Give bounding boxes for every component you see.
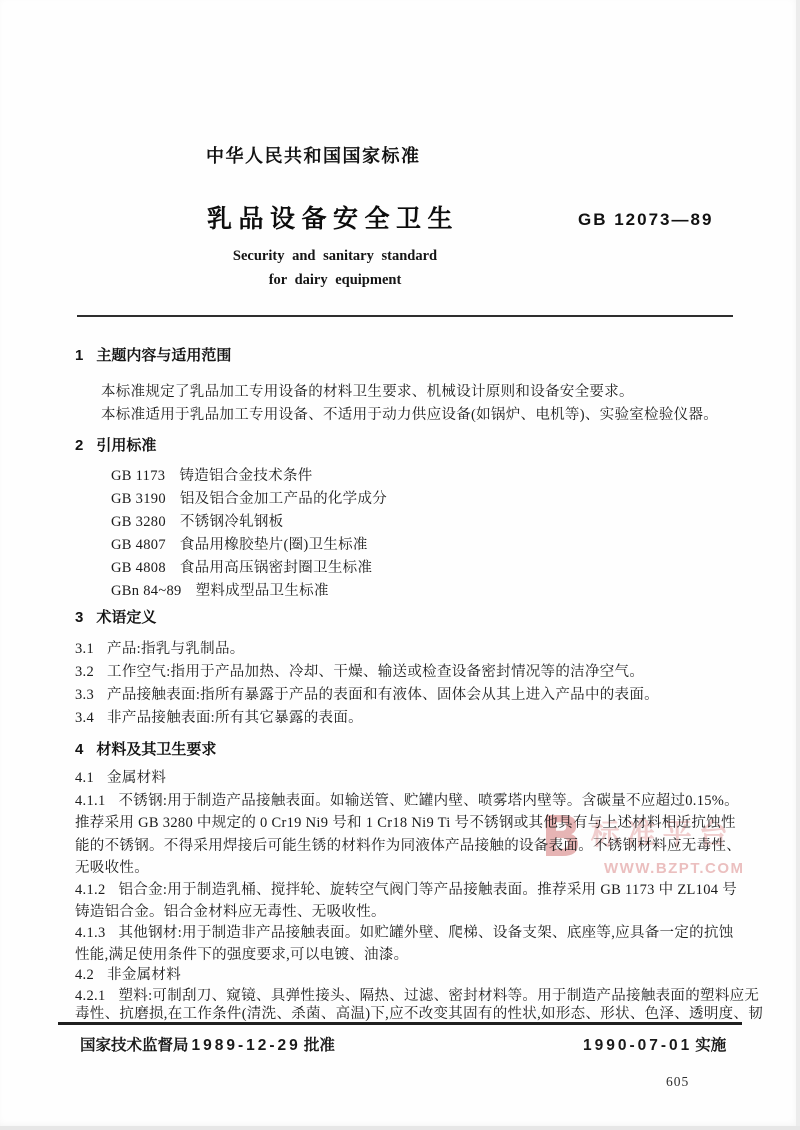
section-title: 引用标准 (96, 437, 156, 454)
clause-number: 4.1.3 (75, 925, 106, 942)
reference-title: 食品用高压锅密封圈卫生标准 (180, 560, 372, 576)
clause-4-1-2-line2: 铸造铝合金。铝合金材料应无毒性、无吸收性。 (75, 900, 386, 921)
page-number: 605 (666, 1074, 689, 1090)
section-2-heading: 2引用标准 (75, 434, 156, 455)
document-title-cn: 乳品设备安全卫生 (207, 199, 459, 235)
clause-number: 4.2 (75, 967, 94, 984)
term-item: 3.3产品接触表面:指所有暴露于产品的表面和有液体、固体会从其上进入产品中的表面… (75, 683, 659, 704)
term-item: 3.2工作空气:指用于产品加热、冷却、干燥、输送或检查设备密封情况等的洁净空气。 (75, 660, 644, 681)
reference-title: 不锈钢冷轧钢板 (180, 514, 284, 530)
section-number: 1 (75, 347, 83, 364)
clause-4-2: 4.2非金属材料 (75, 963, 181, 984)
section-1-heading: 1主题内容与适用范围 (75, 344, 231, 365)
reference-item: GB 4807食品用橡胶垫片(圈)卫生标准 (111, 533, 368, 554)
section-title: 主题内容与适用范围 (96, 347, 231, 364)
clause-text: 非金属材料 (107, 967, 181, 983)
title-en-line2: for dairy equipment (175, 268, 495, 292)
clause-number: 3.1 (75, 641, 94, 658)
section-4-heading: 4材料及其卫生要求 (75, 738, 216, 759)
reference-item: GB 4808食品用高压锅密封圈卫生标准 (111, 556, 372, 577)
clause-text: 不锈钢:用于制造产品接触表面。如输送管、贮罐内壁、喷雾塔内壁等。含碳量不应超过0… (119, 793, 739, 809)
approval-date: 1989-12-29 (192, 1037, 301, 1054)
scan-edge-right (796, 0, 800, 1130)
implementation-date: 1990-07-01 (583, 1037, 692, 1054)
term-item: 3.1产品:指乳与乳制品。 (75, 637, 245, 658)
reference-code: GB 3280 (111, 514, 166, 531)
clause-number: 4.1 (75, 770, 94, 787)
term-item: 3.4非产品接触表面:所有其它暴露的表面。 (75, 706, 363, 727)
document-title-en: Security and sanitary standard for dairy… (175, 244, 495, 292)
reference-item: GB 1173铸造铝合金技术条件 (111, 464, 313, 485)
clause-4-2-1-line2: 毒性、抗磨损,在工作条件(清洗、杀菌、高温)下,应不改变其固有的性状,如形态、形… (75, 1002, 763, 1023)
reference-item: GBn 84~89塑料成型品卫生标准 (111, 579, 329, 600)
clause-text: 金属材料 (107, 770, 166, 786)
term-text: 非产品接触表面:所有其它暴露的表面。 (107, 710, 363, 726)
scan-edge-bottom (0, 1126, 800, 1130)
implementation-statement: 1990-07-01实施 (580, 1033, 726, 1055)
reference-code: GB 1173 (111, 468, 165, 485)
reference-title: 铝及铝合金加工产品的化学成分 (180, 491, 387, 507)
watermark-site-url: WWW.BZPT.COM (604, 860, 744, 877)
reference-title: 食品用橡胶垫片(圈)卫生标准 (180, 537, 368, 553)
clause-number: 4.1.1 (75, 793, 106, 810)
section-title: 材料及其卫生要求 (96, 741, 216, 758)
clause-4-1-2-line1: 4.1.2铝合金:用于制造乳桶、搅拌轮、旋转空气阀门等产品接触表面。推荐采用 G… (75, 878, 737, 899)
standard-document-page: 中华人民共和国国家标准 乳品设备安全卫生 GB 12073—89 Securit… (0, 0, 800, 1130)
clause-number: 3.3 (75, 687, 94, 704)
reference-code: GBn 84~89 (111, 583, 182, 600)
clause-4-1: 4.1金属材料 (75, 766, 166, 787)
clause-4-1-3-line1: 4.1.3其他钢材:用于制造非产品接触表面。如贮罐外壁、爬梯、设备支架、底座等,… (75, 921, 734, 942)
header-divider (77, 315, 733, 317)
clause-4-1-1-line1: 4.1.1不锈钢:用于制造产品接触表面。如输送管、贮罐内壁、喷雾塔内壁等。含碳量… (75, 789, 739, 810)
section-1-paragraph-2: 本标准适用于乳品加工专用设备、不适用于动力供应设备(如锅炉、电机等)、实验室检验… (101, 403, 718, 424)
section-1-paragraph-1: 本标准规定了乳品加工专用设备的材料卫生要求、机械设计原则和设备安全要求。 (101, 380, 634, 401)
implementation-suffix: 实施 (695, 1037, 726, 1054)
reference-item: GB 3280不锈钢冷轧钢板 (111, 510, 283, 531)
reference-code: GB 3190 (111, 491, 166, 508)
term-text: 产品:指乳与乳制品。 (107, 641, 245, 657)
reference-title: 铸造铝合金技术条件 (179, 468, 312, 484)
clause-4-1-1-line2: 推荐采用 GB 3280 中规定的 0 Cr19 Ni9 号和 1 Cr18 N… (75, 811, 736, 832)
section-number: 3 (75, 609, 83, 626)
clause-text: 铝合金:用于制造乳桶、搅拌轮、旋转空气阀门等产品接触表面。推荐采用 GB 117… (119, 882, 738, 898)
clause-text: 其他钢材:用于制造非产品接触表面。如贮罐外壁、爬梯、设备支架、底座等,应具备一定… (119, 925, 734, 941)
clause-4-1-1-line3: 能的不锈钢。不得采用焊接后可能生锈的材料作为同液体产品接触的设备表面。不锈钢材料… (75, 834, 741, 855)
approval-org: 国家技术监督局 (80, 1037, 189, 1054)
authority-label: 中华人民共和国国家标准 (206, 142, 421, 168)
term-text: 工作空气:指用于产品加热、冷却、干燥、输送或检查设备密封情况等的洁净空气。 (107, 664, 644, 680)
section-title: 术语定义 (96, 609, 156, 626)
section-3-heading: 3术语定义 (75, 606, 156, 627)
clause-4-1-1-line4: 无吸收性。 (75, 856, 149, 877)
reference-item: GB 3190铝及铝合金加工产品的化学成分 (111, 487, 387, 508)
reference-code: GB 4807 (111, 537, 166, 554)
standard-code: GB 12073—89 (578, 210, 713, 230)
approval-statement: 国家技术监督局1989-12-29批准 (80, 1033, 335, 1055)
reference-code: GB 4808 (111, 560, 166, 577)
section-number: 2 (75, 437, 83, 454)
clause-number: 3.4 (75, 710, 94, 727)
clause-number: 4.1.2 (75, 882, 106, 899)
approval-suffix: 批准 (304, 1037, 335, 1054)
title-en-line1: Security and sanitary standard (175, 244, 495, 268)
clause-number: 3.2 (75, 664, 94, 681)
section-number: 4 (75, 741, 83, 758)
reference-title: 塑料成型品卫生标准 (196, 583, 329, 599)
clause-4-1-3-line2: 性能,满足使用条件下的强度要求,可以电镀、油漆。 (75, 943, 408, 964)
term-text: 产品接触表面:指所有暴露于产品的表面和有液体、固体会从其上进入产品中的表面。 (107, 687, 659, 703)
